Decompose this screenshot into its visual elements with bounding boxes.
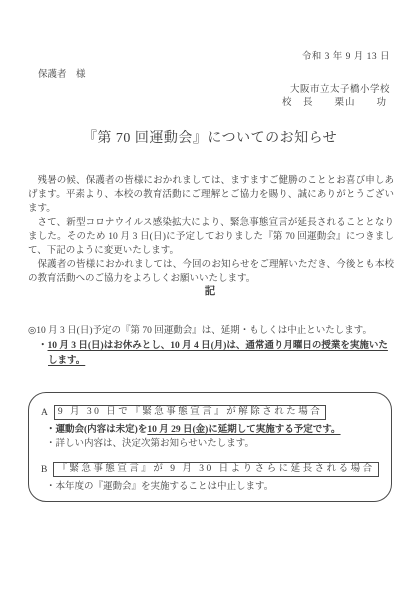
notice-sub-text: 10 月 3 日(日)はお休みとし、10 月 4 日(月)は、通常通り月曜日の授…	[48, 341, 388, 366]
options-box: A 9 月 30 日で『緊急事態宣言』が解除された場合 ・運動会(内容は未定)を…	[28, 392, 392, 502]
school-name: 大阪市立太子橋小学校	[290, 81, 390, 95]
body-paragraph-greeting: 残暑の候、保護者の皆様におかれましては、ますますご健勝のこととお喜び申しあげます…	[28, 174, 394, 216]
option-a-bullet-text: 詳しい内容は、決定次第お知らせいたします。	[56, 439, 254, 449]
body-paragraph-reason: さて、新型コロナウイルス感染拡大により、緊急事態宣言が延長されることとなりました…	[28, 216, 394, 258]
recipient-line: 保護者 様	[38, 66, 86, 80]
option-b-label: B	[41, 463, 47, 477]
document-date: 令和 3 年 9 月 13 日	[302, 48, 390, 62]
body-text: 残暑の候、保護者の皆様におかれましては、ますますご健勝のこととお喜び申しあげます…	[28, 174, 394, 286]
notice-section: ◎10 月 3 日(日)予定の『第 70 回運動会』は、延期・もしくは中止といた…	[28, 324, 396, 369]
option-b-bullet-text: 本年度の『運動会』を実施することは中止します。	[56, 482, 274, 492]
option-a-bullet-text: 運動会(内容は未定)を	[56, 425, 148, 435]
option-a-bullet-details: ・詳しい内容は、決定次第お知らせいたします。	[41, 437, 381, 451]
bullet-marker: ・	[46, 425, 56, 435]
option-b-heading: 『緊急事態宣言』が 9 月 30 日よりさらに延長される場合	[53, 462, 378, 477]
document-page: 令和 3 年 9 月 13 日 保護者 様 大阪市立太子橋小学校 校 長 栗山 …	[0, 0, 420, 595]
option-section-a: A 9 月 30 日で『緊急事態宣言』が解除された場合 ・運動会(内容は未定)を…	[41, 405, 381, 451]
notice-main-line: ◎10 月 3 日(日)予定の『第 70 回運動会』は、延期・もしくは中止といた…	[28, 324, 396, 339]
bullet-marker: ・	[46, 439, 56, 449]
option-b-header: B 『緊急事態宣言』が 9 月 30 日よりさらに延長される場合	[41, 462, 381, 477]
option-a-header: A 9 月 30 日で『緊急事態宣言』が解除された場合	[41, 405, 381, 420]
option-a-heading: 9 月 30 日で『緊急事態宣言』が解除された場合	[54, 405, 326, 420]
option-b-bullet-cancel: ・本年度の『運動会』を実施することは中止します。	[41, 480, 381, 494]
body-paragraph-closing: 保護者の皆様におかれましては、今回のお知らせをご理解いただき、今後とも本校の教育…	[28, 258, 394, 286]
notice-sub-line: ・10 月 3 日(日)はお休みとし、10 月 4 日(月)は、通常通り月曜日の…	[28, 339, 396, 369]
principal-name: 校 長 栗山 功	[282, 94, 387, 108]
ki-heading: 記	[0, 283, 420, 298]
option-a-label: A	[41, 406, 48, 420]
option-a-bullet-postpone: ・運動会(内容は未定)を10 月 29 日(金)に延期して実施する予定です。	[41, 423, 381, 437]
option-section-b: B 『緊急事態宣言』が 9 月 30 日よりさらに延長される場合 ・本年度の『運…	[41, 462, 381, 494]
bullet-marker: ・	[38, 341, 48, 351]
document-title: 『第 70 回運動会』についてのお知らせ	[0, 127, 420, 147]
option-a-bullet-underlined: 10 月 29 日(金)に延期して実施する予定です。	[147, 425, 340, 435]
bullet-marker: ・	[46, 482, 56, 492]
